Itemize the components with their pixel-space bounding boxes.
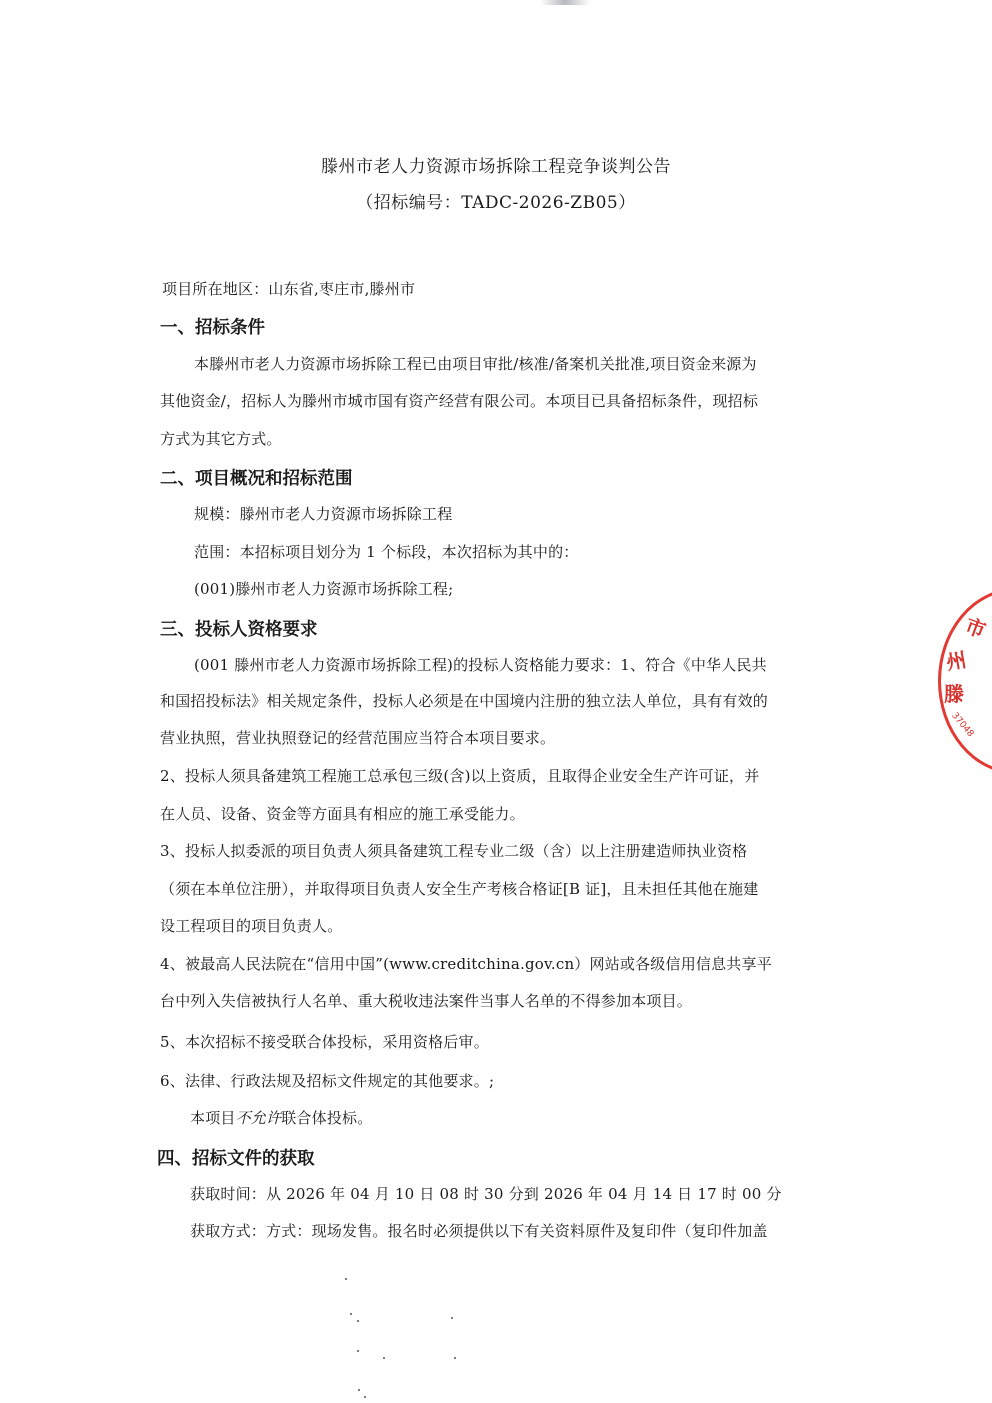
section-heading-2: 二、项目概况和招标范围 <box>160 465 353 490</box>
acquisition-method: 获取方式：方式：现场发售。报名时必须提供以下有关资料原件及复印件（复印件加盖 <box>190 1220 768 1241</box>
section-heading-3: 三、投标人资格要求 <box>160 616 318 641</box>
scale-line: 规模：滕州市老人力资源市场拆除工程 <box>194 503 452 524</box>
document-page: 滕州市老人力资源市场拆除工程竞争谈判公告 （招标编号：TADC-2026-ZB0… <box>0 0 992 1403</box>
seal-char: 滕 <box>944 678 964 707</box>
section-heading-1: 一、招标条件 <box>160 314 265 339</box>
scan-speck <box>364 1396 366 1398</box>
paragraph-line: （须在本单位注册），并取得项目负责人安全生产考核合格证[B 证]，且未担任其他在… <box>160 878 758 899</box>
lot-line: (001)滕州市老人力资源市场拆除工程; <box>194 578 453 599</box>
requirement-2: 2、投标人须具备建筑工程施工总承包三级(含)以上资质，且取得企业安全生产许可证，… <box>160 765 759 786</box>
scan-speck <box>451 1317 453 1319</box>
consortium-suffix: 联合体投标。 <box>281 1109 372 1127</box>
scan-speck <box>357 1350 359 1352</box>
paragraph-line: 和国招投标法》相关规定条件，投标人必须是在中国境内注册的独立法人单位，具有有效的 <box>160 690 768 711</box>
scan-speck <box>350 1313 352 1315</box>
section-heading-4: 四、招标文件的获取 <box>157 1145 315 1170</box>
document-title: 滕州市老人力资源市场拆除工程竞争谈判公告 <box>0 152 992 177</box>
consortium-not-allowed: 不允许 <box>236 1109 282 1127</box>
acquisition-time: 获取时间：从 2026 年 04 月 10 日 08 时 30 分到 2026 … <box>190 1183 782 1204</box>
paragraph-line: 台中列入失信被执行人名单、重大税收违法案件当事人名单的不得参加本项目。 <box>160 990 692 1011</box>
paragraph-line: 方式为其它方式。 <box>160 428 282 449</box>
scan-artifact <box>540 0 590 5</box>
project-location: 项目所在地区：山东省,枣庄市,滕州市 <box>162 278 415 299</box>
scan-speck <box>454 1357 456 1359</box>
consortium-prefix: 本项目 <box>190 1109 236 1127</box>
scan-speck <box>357 1320 359 1322</box>
requirement-6: 6、法律、行政法规及招标文件规定的其他要求。; <box>160 1070 494 1091</box>
requirement-5: 5、本次招标不接受联合体投标，采用资格后审。 <box>160 1031 489 1052</box>
paragraph-line: 在人员、设备、资金等方面具有相应的施工承受能力。 <box>160 803 525 824</box>
requirement-4: 4、被最高人民法院在“信用中国”(www.creditchina.gov.cn）… <box>160 953 772 974</box>
paragraph-line: 本滕州市老人力资源市场拆除工程已由项目审批/核准/备案机关批准,项目资金来源为 <box>194 353 757 374</box>
scan-speck <box>358 1389 360 1391</box>
paragraph-line: 其他资金/，招标人为滕州市城市国有资产经营有限公司。本项目已具备招标条件，现招标 <box>160 390 758 411</box>
consortium-note: 本项目不允许联合体投标。 <box>190 1107 372 1128</box>
paragraph-line: 营业执照，营业执照登记的经营范围应当符合本项目要求。 <box>160 727 555 748</box>
scan-speck <box>345 1278 347 1280</box>
paragraph-line: (001 滕州市老人力资源市场拆除工程)的投标人资格能力要求：1、符合《中华人民… <box>194 654 767 675</box>
scope-line: 范围：本招标项目划分为 1 个标段，本次招标为其中的： <box>194 541 578 562</box>
requirement-3: 3、投标人拟委派的项目负责人须具备建筑工程专业二级（含）以上注册建造师执业资格 <box>160 840 747 861</box>
scan-speck <box>383 1357 385 1359</box>
bid-number: （招标编号：TADC-2026-ZB05） <box>0 188 992 213</box>
paragraph-line: 设工程项目的项目负责人。 <box>160 915 342 936</box>
